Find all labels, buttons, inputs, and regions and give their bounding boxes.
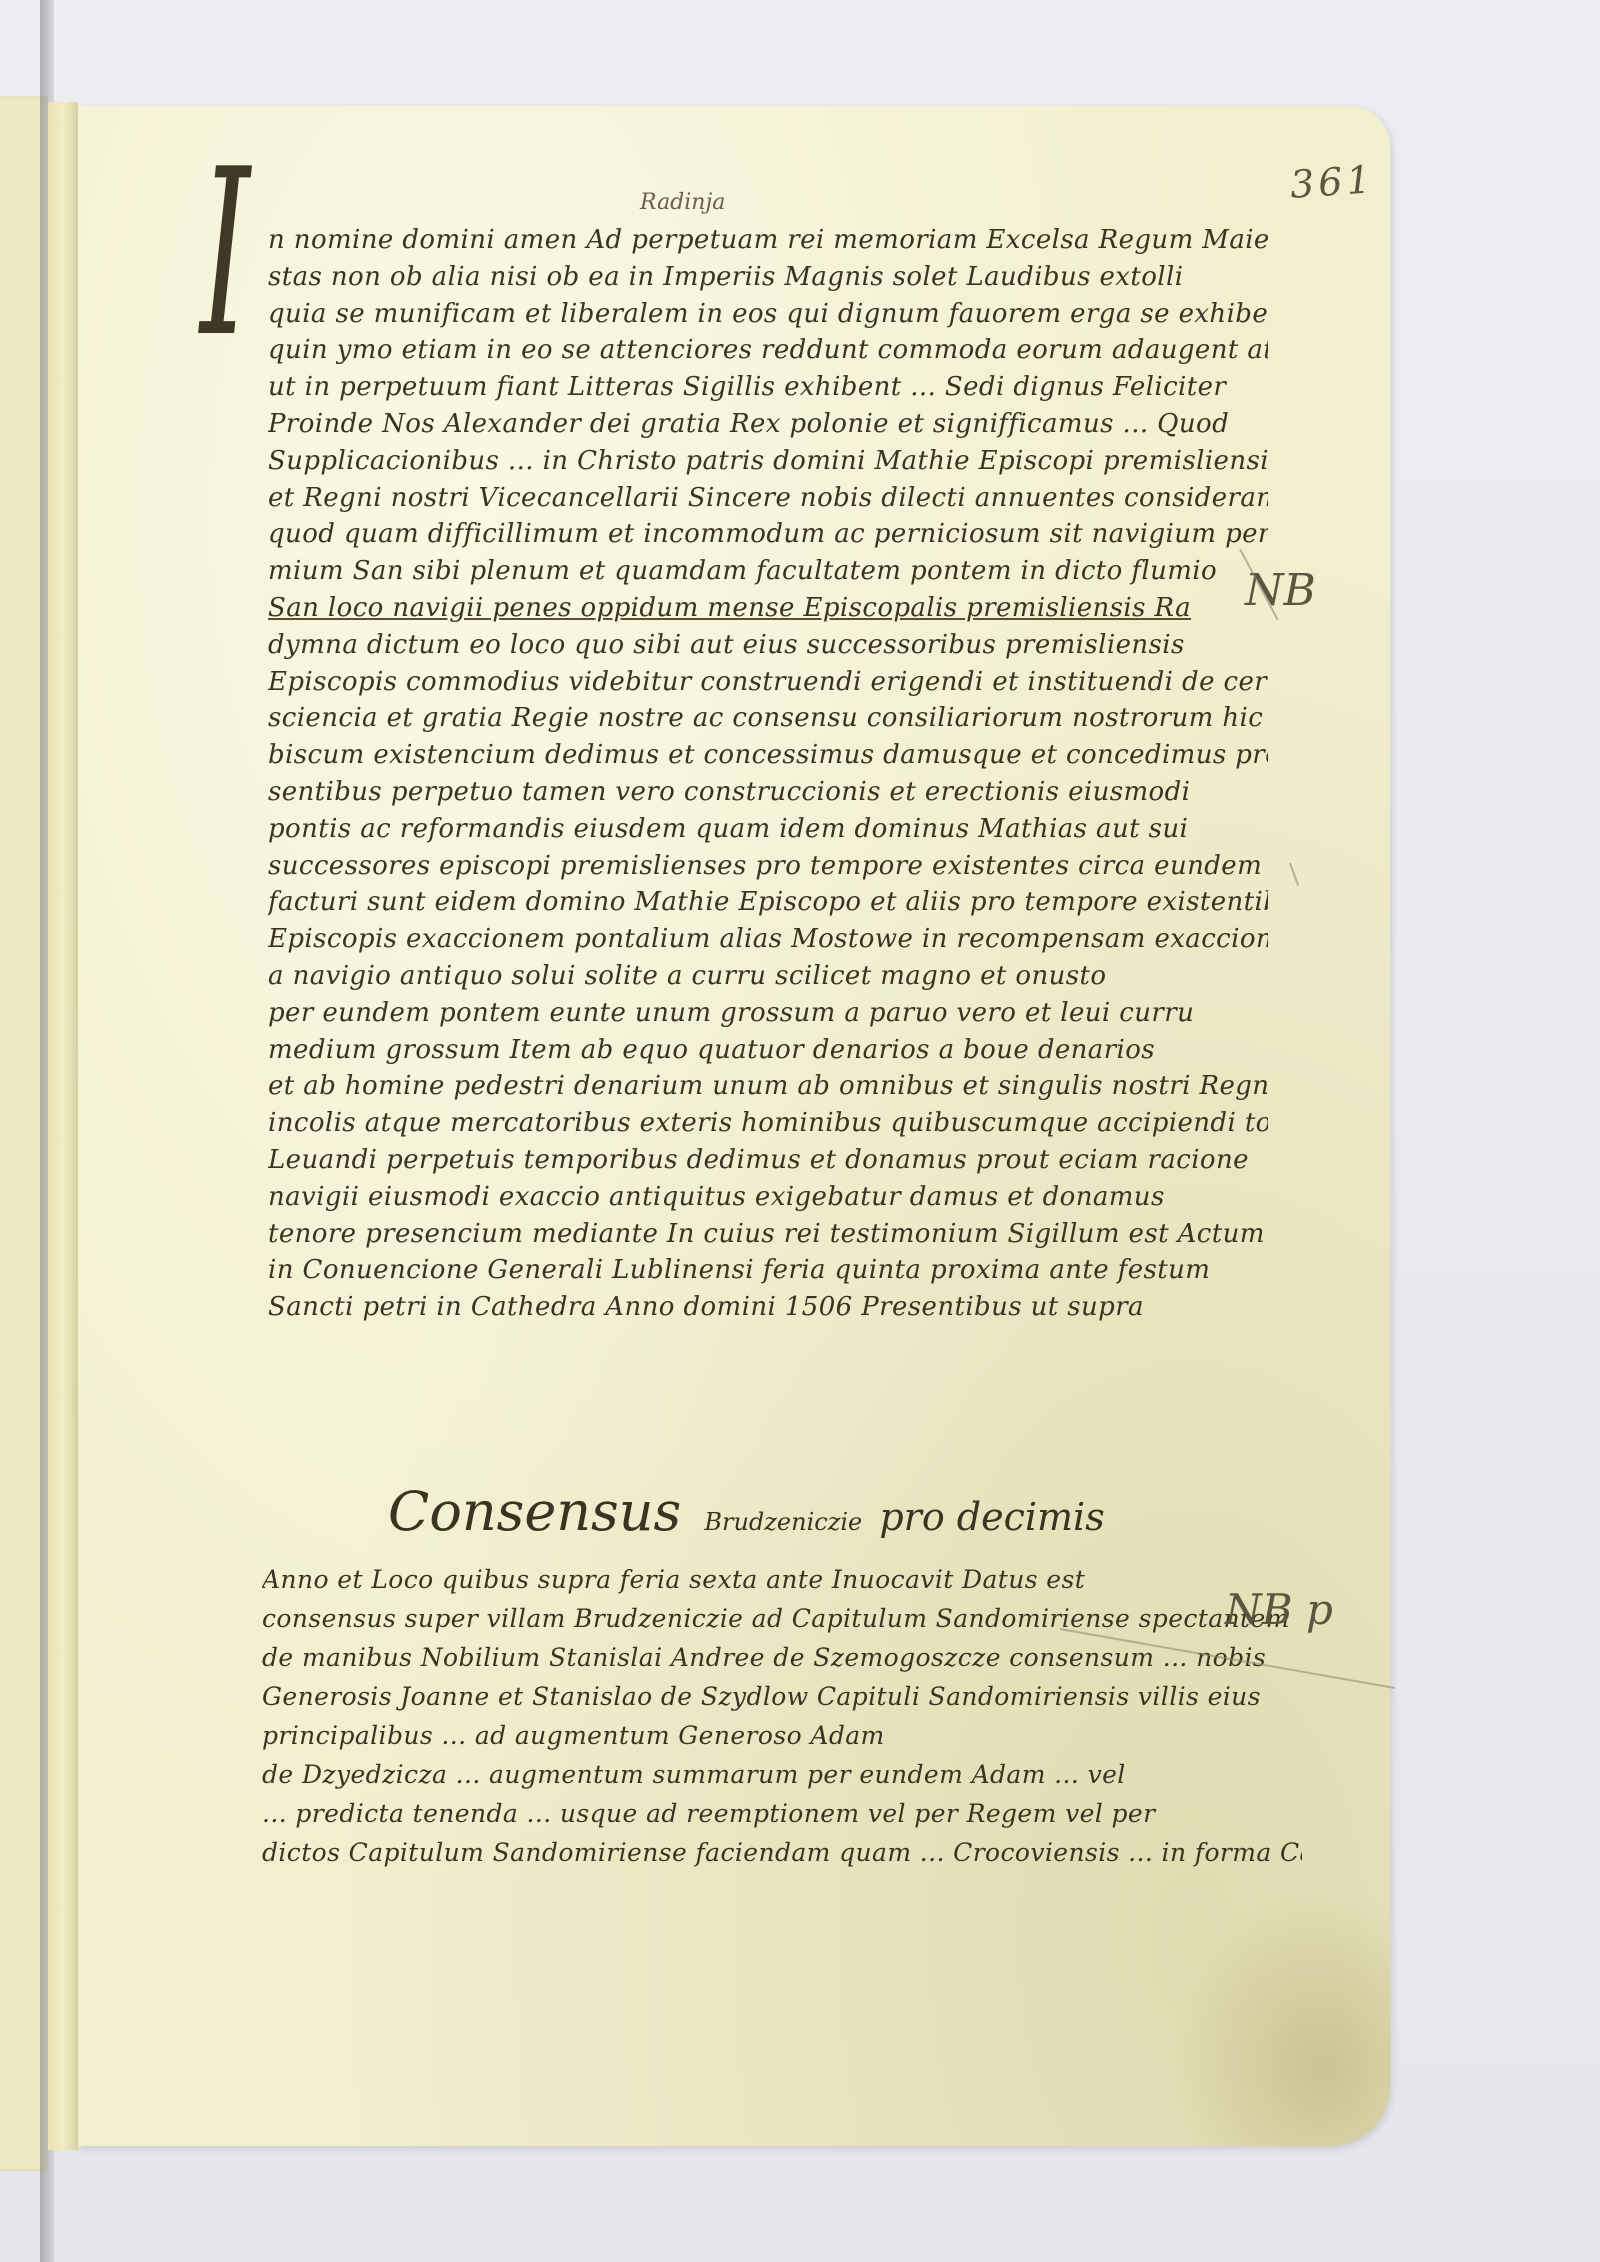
- text-line: Episcopis commodius videbitur construend…: [268, 664, 1268, 701]
- text-line: successores episcopi premislienses pro t…: [268, 848, 1268, 885]
- text-line: dymna dictum eo loco quo sibi aut eius s…: [268, 627, 1268, 664]
- text-line: navigii eiusmodi exaccio antiquitus exig…: [268, 1179, 1268, 1216]
- text-line: pontis ac reformandis eiusdem quam idem …: [268, 811, 1268, 848]
- folio-number: 361: [1289, 157, 1376, 207]
- text-line: biscum existencium dedimus et concessimu…: [268, 737, 1268, 774]
- text-line: Episcopis exaccionem pontalium alias Mos…: [268, 921, 1268, 958]
- text-line: quod quam difficillimum et incommodum ac…: [268, 516, 1268, 553]
- entry-heading: Radinja: [640, 190, 725, 215]
- text-line: Sancti petri in Cathedra Anno domini 150…: [268, 1289, 1268, 1326]
- main-entry-text: n nomine domini amen Ad perpetuam rei me…: [268, 222, 1268, 1326]
- text-line: per eundem pontem eunte unum grossum a p…: [268, 995, 1268, 1032]
- text-line: Proinde Nos Alexander dei gratia Rex pol…: [268, 406, 1268, 443]
- text-line: a navigio antiquo solui solite a curru s…: [268, 958, 1268, 995]
- text-line: n nomine domini amen Ad perpetuam rei me…: [268, 222, 1268, 259]
- text-line: de Dzyedzicza ... augmentum summarum per…: [262, 1755, 1302, 1794]
- text-line: principalibus ... ad augmentum Generoso …: [262, 1716, 1302, 1755]
- text-line: tenore presencium mediante In cuius rei …: [268, 1216, 1268, 1253]
- text-line: sciencia et gratia Regie nostre ac conse…: [268, 700, 1268, 737]
- margin-note-nb-p: NB p: [1225, 1585, 1333, 1634]
- second-entry-title: Consensus Brudzeniczie pro decimis: [388, 1480, 1105, 1543]
- text-line: et Regni nostri Vicecancellarii Sincere …: [268, 480, 1268, 517]
- text-line: in Conuencione Generali Lublinensi feria…: [268, 1252, 1268, 1289]
- text-line: ut in perpetuum fiant Litteras Sigillis …: [268, 369, 1268, 406]
- margin-note-nb: NB: [1245, 565, 1316, 616]
- text-line: medium grossum Item ab equo quatuor dena…: [268, 1032, 1268, 1069]
- text-line: dictos Capitulum Sandomiriense faciendam…: [262, 1833, 1302, 1872]
- text-line: consensus super villam Brudzeniczie ad C…: [262, 1599, 1302, 1638]
- text-line: San loco navigii penes oppidum mense Epi…: [268, 590, 1268, 627]
- text-line: Generosis Joanne et Stanislao de Szydlow…: [262, 1677, 1302, 1716]
- text-line: ... predicta tenenda ... usque ad reempt…: [262, 1794, 1302, 1833]
- text-line: stas non ob alia nisi ob ea in Imperiis …: [268, 259, 1268, 296]
- title-place: Brudzeniczie: [704, 1508, 862, 1536]
- title-subject: pro decimis: [879, 1495, 1104, 1539]
- text-line: sentibus perpetuo tamen vero construccio…: [268, 774, 1268, 811]
- text-line: Anno et Loco quibus supra feria sexta an…: [262, 1560, 1302, 1599]
- text-line: quia se munificam et liberalem in eos qu…: [268, 296, 1268, 333]
- decorated-initial: I: [200, 140, 250, 370]
- text-line: mium San sibi plenum et quamdam facultat…: [268, 553, 1268, 590]
- text-line: facturi sunt eidem domino Mathie Episcop…: [268, 884, 1268, 921]
- second-entry-text: Anno et Loco quibus supra feria sexta an…: [262, 1560, 1302, 1872]
- title-main: Consensus: [388, 1480, 681, 1543]
- page-gutter: [48, 102, 78, 2150]
- text-line: Leuandi perpetuis temporibus dedimus et …: [268, 1142, 1268, 1179]
- text-line: incolis atque mercatoribus exteris homin…: [268, 1105, 1268, 1142]
- text-line: et ab homine pedestri denarium unum ab o…: [268, 1068, 1268, 1105]
- text-line: Supplicacionibus ... in Christo patris d…: [268, 443, 1268, 480]
- text-line: quin ymo etiam in eo se attenciores redd…: [268, 332, 1268, 369]
